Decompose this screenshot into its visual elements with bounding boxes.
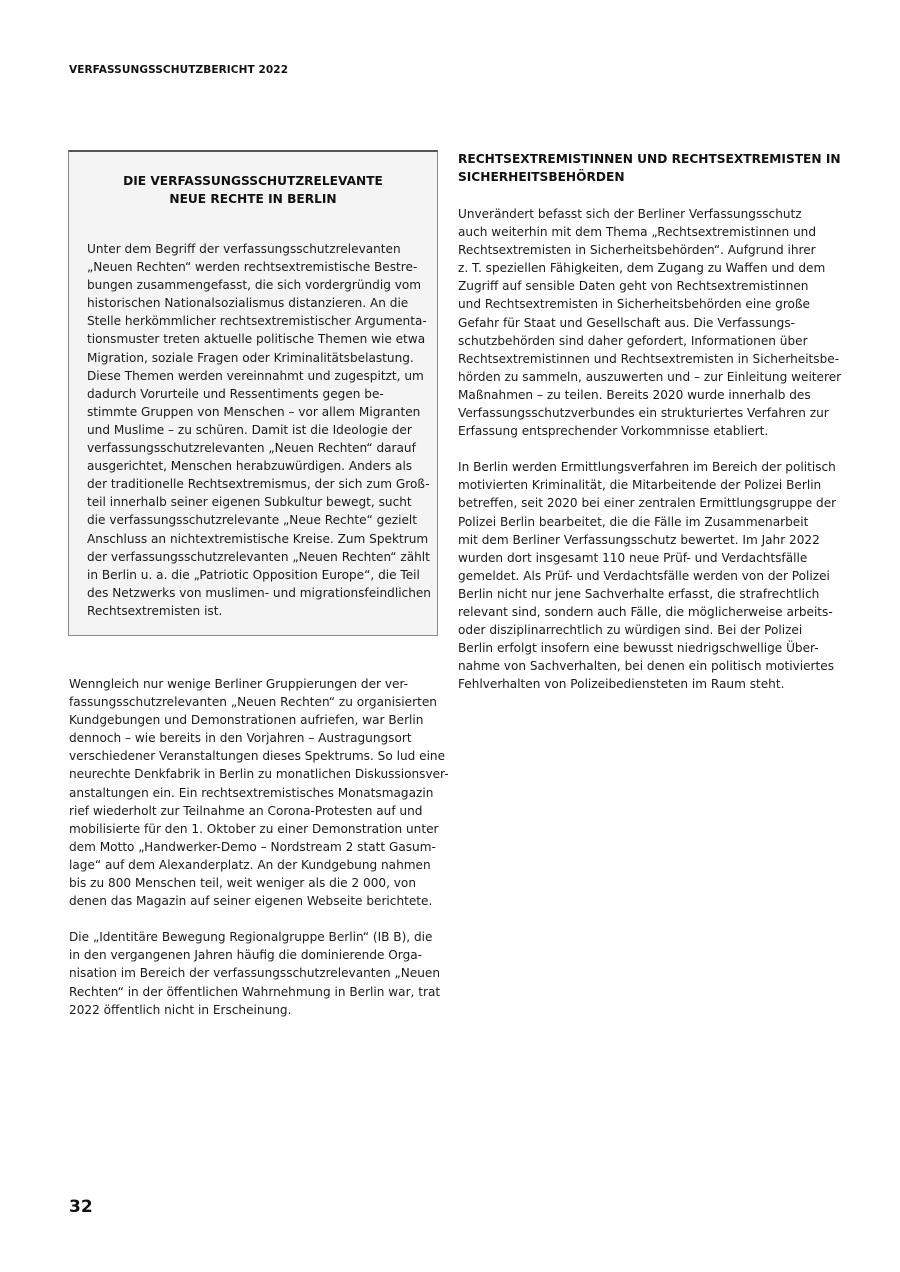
text-line: „Neuen Rechten“ werden rechtsextremistis…: [87, 258, 429, 276]
text-line: nahme von Sachverhalten, bei denen ein p…: [458, 657, 833, 675]
text-line: motivierten Kriminalität, die Mitarbeite…: [458, 476, 833, 494]
text-line: Polizei Berlin bearbeitet, die die Fälle…: [458, 513, 833, 531]
text-line: Fehlverhalten von Polizeibediensteten im…: [458, 675, 833, 693]
paragraph: In Berlin werden Ermittlungsverfahren im…: [458, 458, 833, 693]
section-heading-line: SICHERHEITSBEHÖRDEN: [458, 168, 833, 186]
text-line: Rechtsextremisten ist.: [87, 602, 429, 620]
text-line: hörden zu sammeln, auszuwerten und – zur…: [458, 368, 833, 386]
text-line: oder disziplinarrechtlich zu würdigen si…: [458, 621, 833, 639]
text-line: bungen zusammengefasst, die sich vorderg…: [87, 276, 429, 294]
section-heading: RECHTSEXTREMISTINNEN UND RECHTSEXTREMIST…: [458, 150, 833, 186]
text-line: Anschluss an nichtextremistische Kreise.…: [87, 530, 429, 548]
text-line: der verfassungsschutzrelevanten „Neuen R…: [87, 548, 429, 566]
text-line: rief wiederholt zur Teilnahme an Corona-…: [69, 802, 441, 820]
page-number: 32: [69, 1197, 93, 1217]
text-line: neurechte Denkfabrik in Berlin zu monatl…: [69, 765, 441, 783]
right-column: RECHTSEXTREMISTINNEN UND RECHTSEXTREMIST…: [458, 150, 833, 693]
info-box-title-line: DIE VERFASSUNGSSCHUTZRELEVANTE: [69, 172, 437, 190]
text-line: Migration, soziale Fragen oder Kriminali…: [87, 349, 429, 367]
left-column: Wenngleich nur wenige Berliner Gruppieru…: [69, 675, 441, 1019]
section-heading-line: RECHTSEXTREMISTINNEN UND RECHTSEXTREMIST…: [458, 150, 833, 168]
paragraph: Die „Identitäre Bewegung Regionalgruppe …: [69, 928, 441, 1018]
text-line: und Muslime – zu schüren. Damit ist die …: [87, 421, 429, 439]
text-line: bis zu 800 Menschen teil, weit weniger a…: [69, 874, 441, 892]
text-line: in Berlin u. a. die „Patriotic Oppositio…: [87, 566, 429, 584]
text-line: verschiedener Veranstaltungen dieses Spe…: [69, 747, 441, 765]
text-line: Verfassungsschutzverbundes ein strukturi…: [458, 404, 833, 422]
text-line: mobilisierte für den 1. Oktober zu einer…: [69, 820, 441, 838]
text-line: Rechtsextremisten in Sicherheitsbehörden…: [458, 241, 833, 259]
text-line: Rechtsextremistinnen und Rechtsextremist…: [458, 350, 833, 368]
text-line: Wenngleich nur wenige Berliner Gruppieru…: [69, 675, 441, 693]
text-line: anstaltungen ein. Ein rechtsextremistisc…: [69, 784, 441, 802]
info-box-paragraph: Unter dem Begriff der verfassungsschutzr…: [87, 240, 429, 620]
text-line: schutzbehörden sind daher gefordert, Inf…: [458, 332, 833, 350]
text-line: und Rechtsextremisten in Sicherheitsbehö…: [458, 295, 833, 313]
text-line: gemeldet. Als Prüf- und Verdachtsfälle w…: [458, 567, 833, 585]
text-line: Stelle herkömmlicher rechtsextremistisch…: [87, 312, 429, 330]
text-line: betreffen, seit 2020 bei einer zentralen…: [458, 494, 833, 512]
text-line: lage“ auf dem Alexanderplatz. An der Kun…: [69, 856, 441, 874]
paragraph: Unverändert befasst sich der Berliner Ve…: [458, 205, 833, 440]
text-line: teil innerhalb seiner eigenen Subkultur …: [87, 493, 429, 511]
text-line: Die „Identitäre Bewegung Regionalgruppe …: [69, 928, 441, 946]
text-line: relevant sind, sondern auch Fälle, die m…: [458, 603, 833, 621]
text-line: ausgerichtet, Menschen herabzuwürdigen. …: [87, 457, 429, 475]
text-line: Rechten“ in der öffentlichen Wahrnehmung…: [69, 983, 441, 1001]
text-line: verfassungsschutzrelevanten „Neuen Recht…: [87, 439, 429, 457]
running-header: VERFASSUNGSSCHUTZBERICHT 2022: [69, 64, 288, 76]
text-line: die verfassungsschutzrelevante „Neue Rec…: [87, 511, 429, 529]
info-box-title-line: NEUE RECHTE IN BERLIN: [69, 190, 437, 208]
text-line: tionsmuster treten aktuelle politische T…: [87, 330, 429, 348]
text-line: fassungsschutzrelevanten „Neuen Rechten“…: [69, 693, 441, 711]
text-line: dem Motto „Handwerker-Demo – Nordstream …: [69, 838, 441, 856]
info-box-title: DIE VERFASSUNGSSCHUTZRELEVANTE NEUE RECH…: [69, 172, 437, 208]
text-line: nisation im Bereich der verfassungsschut…: [69, 964, 441, 982]
paragraph: Wenngleich nur wenige Berliner Gruppieru…: [69, 675, 441, 910]
text-line: Diese Themen werden vereinnahmt und zuge…: [87, 367, 429, 385]
info-box: DIE VERFASSUNGSSCHUTZRELEVANTE NEUE RECH…: [68, 150, 438, 636]
text-line: historischen Nationalsozialismus distanz…: [87, 294, 429, 312]
text-line: In Berlin werden Ermittlungsverfahren im…: [458, 458, 833, 476]
text-line: Maßnahmen – zu teilen. Bereits 2020 wurd…: [458, 386, 833, 404]
text-line: dadurch Vorurteile und Ressentiments geg…: [87, 385, 429, 403]
text-line: z. T. speziellen Fähigkeiten, dem Zugang…: [458, 259, 833, 277]
text-line: Kundgebungen und Demonstrationen aufrief…: [69, 711, 441, 729]
text-line: Berlin nicht nur jene Sachverhalte erfas…: [458, 585, 833, 603]
text-line: 2022 öffentlich nicht in Erscheinung.: [69, 1001, 441, 1019]
text-line: auch weiterhin mit dem Thema „Rechtsextr…: [458, 223, 833, 241]
text-line: der traditionelle Rechtsextremismus, der…: [87, 475, 429, 493]
text-line: mit dem Berliner Verfassungsschutz bewer…: [458, 531, 833, 549]
text-line: Zugriff auf sensible Daten geht von Rech…: [458, 277, 833, 295]
text-line: wurden dort insgesamt 110 neue Prüf- und…: [458, 549, 833, 567]
info-box-body: Unter dem Begriff der verfassungsschutzr…: [87, 240, 429, 620]
text-line: stimmte Gruppen von Menschen – vor allem…: [87, 403, 429, 421]
text-line: Erfassung entsprechender Vorkommnisse et…: [458, 422, 833, 440]
text-line: dennoch – wie bereits in den Vorjahren –…: [69, 729, 441, 747]
text-line: Unter dem Begriff der verfassungsschutzr…: [87, 240, 429, 258]
text-line: in den vergangenen Jahren häufig die dom…: [69, 946, 441, 964]
text-line: Berlin erfolgt insofern eine bewusst nie…: [458, 639, 833, 657]
text-line: Unverändert befasst sich der Berliner Ve…: [458, 205, 833, 223]
text-line: des Netzwerks von muslimen- und migratio…: [87, 584, 429, 602]
text-line: Gefahr für Staat und Gesellschaft aus. D…: [458, 314, 833, 332]
text-line: denen das Magazin auf seiner eigenen Web…: [69, 892, 441, 910]
